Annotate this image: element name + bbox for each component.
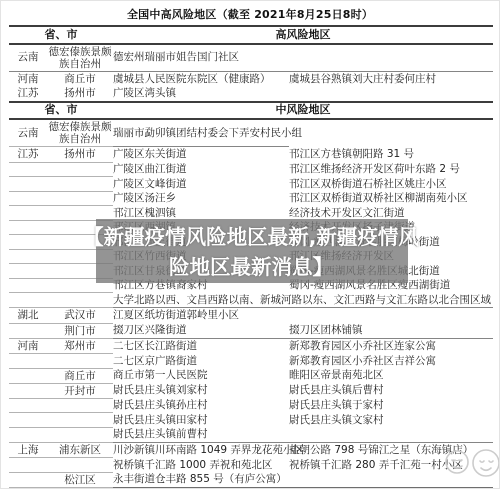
cell-area1: 尉氏县庄头镇孙庄村 [113, 398, 289, 413]
page-title: 全国中高风险地区（截至 2021年8月25日8时） [9, 6, 491, 25]
header-province-city: 省、市 [9, 26, 113, 44]
cell-area2: 邗江区维扬经济开发区荷叶东路 2 号 [289, 162, 493, 177]
cell-province: 江苏 [9, 147, 47, 163]
cell-province [9, 413, 47, 428]
cell-city: 德宏傣族景颇族自治州 [47, 119, 113, 147]
cell-province: 湖北 [9, 308, 47, 324]
cell-area2 [289, 44, 493, 72]
cell-area1: 广陵区汤汪乡 [113, 191, 289, 206]
cell-area2: 睢阳区帝景南苑北区 [289, 368, 493, 383]
high-risk-rows: 云南德宏傣族景颇族自治州德宏州瑞丽市姐告国门社区河南商丘市虞城县人民医院东院区（… [9, 44, 493, 102]
cell-area2: 经济技术开发区文汇街道 [289, 206, 493, 221]
table-row: 广陵区汤汪乡邗江区双桥街道双桥社区柳湖南苑小区 [9, 191, 493, 206]
cell-province [9, 354, 47, 369]
smiley-faces-icon [437, 440, 500, 484]
table-row: 尉氏县庄头镇前曹村 [9, 427, 493, 442]
cell-area1: 广陵区曲江街道 [113, 162, 289, 177]
cell-province [9, 427, 47, 442]
table-row: 云南德宏傣族景颇族自治州瑞丽市勐卯镇团结村委会下弄安村民小组 [9, 119, 493, 147]
cell-city: 荆门市 [47, 323, 113, 338]
cell-area2: 新郑教育园区小乔社区连家公寓 [289, 338, 493, 354]
cell-province [9, 368, 47, 383]
cell-city: 扬州市 [47, 86, 113, 102]
cell-city: 德宏傣族景颇族自治州 [47, 44, 113, 72]
cell-area2: 尉氏县庄头镇后曹村 [289, 383, 493, 398]
cell-area2: 掇刀区团林铺镇 [289, 323, 493, 338]
cell-area2: 新郑教育园区小乔社区吉祥公寓 [289, 354, 493, 369]
cell-city [47, 427, 113, 442]
table-row: 开封市尉氏县庄头镇刘家村尉氏县庄头镇后曹村 [9, 383, 493, 398]
table-row: 荆门市掇刀区兴隆街道掇刀区团林铺镇 [9, 323, 493, 338]
cell-province: 云南 [9, 119, 47, 147]
table-row: 云南德宏傣族景颇族自治州德宏州瑞丽市姐告国门社区 [9, 44, 493, 72]
cell-city [47, 458, 113, 473]
risk-area-screenshot: 全国中高风险地区（截至 2021年8月25日8时） 省、市 高风险地区 云南德宏… [0, 0, 500, 489]
cell-area1: 川沙新镇川环南路 1049 弄界龙花苑小区 [113, 442, 289, 458]
table-row: 商丘市商丘市第一人民医院睢阳区帝景南苑北区 [9, 368, 493, 383]
cell-province [9, 293, 47, 308]
cell-city [47, 162, 113, 177]
cell-area2: 邗江区方巷镇朝阳路 31 号 [289, 147, 493, 163]
header-high-risk: 高风险地区 [113, 26, 493, 44]
cell-province [9, 191, 47, 206]
cell-province [9, 264, 47, 279]
cell-city: 商丘市 [47, 71, 113, 86]
cell-area1: 祝桥镇千汇路 1000 弄祝和苑北区 [113, 458, 289, 473]
cell-area1: 尉氏县庄头镇田家村 [113, 413, 289, 428]
cell-city: 商丘市 [47, 368, 113, 383]
cell-area2: 邗江区双桥街道双桥社区柳湖南苑小区 [289, 191, 493, 206]
cell-city: 松江区 [47, 472, 113, 487]
cell-city: 扬州市 [47, 147, 113, 163]
table-row: 湖北武汉市江夏区纸坊街道郭岭里小区 [9, 308, 493, 324]
medium-risk-rows: 云南德宏傣族景颇族自治州瑞丽市勐卯镇团结村委会下弄安村民小组江苏扬州市广陵区东关… [9, 119, 493, 487]
cell-city [47, 354, 113, 369]
cell-area1: 尉氏县庄头镇前曹村 [113, 427, 289, 442]
cell-province [9, 235, 47, 250]
cell-province [9, 323, 47, 338]
cell-province [9, 472, 47, 487]
section-header-high: 省、市 高风险地区 [9, 26, 493, 44]
cell-province [9, 206, 47, 221]
cell-province: 云南 [9, 44, 47, 72]
table-row: 二七区京广路街道新郑教育园区小乔社区吉祥公寓 [9, 354, 493, 369]
cell-province: 河南 [9, 338, 47, 354]
cell-province [9, 249, 47, 264]
cell-city [47, 206, 113, 221]
table-row: 河南郑州市二七区长江路街道新郑教育园区小乔社区连家公寓 [9, 338, 493, 354]
cell-area1: 邗江区槐泗镇 [113, 206, 289, 221]
cell-province: 河南 [9, 71, 47, 86]
cell-province: 上海 [9, 442, 47, 458]
cell-area2 [289, 308, 493, 324]
cell-city: 郑州市 [47, 338, 113, 354]
cell-city [47, 191, 113, 206]
table-row: 江苏扬州市广陵区湾头镇 [9, 86, 493, 102]
table-row: 大学北路以西、文昌西路以南、新城河路以东、文汇西路与文汇东路以北合围区域 [9, 293, 493, 308]
cell-province [9, 177, 47, 192]
cell-area1: 商丘市第一人民医院 [113, 368, 289, 383]
cell-area1: 尉氏县庄头镇刘家村 [113, 383, 289, 398]
cell-province [9, 398, 47, 413]
cell-city [47, 293, 113, 308]
header-province-city: 省、市 [9, 102, 113, 120]
section-header-medium: 省、市 中风险地区 [9, 102, 493, 120]
table-row: 河南商丘市虞城县人民医院东院区（健康路）虞城县谷熟镇刘大庄村委何庄村 [9, 71, 493, 86]
cell-city: 武汉市 [47, 308, 113, 324]
table-row: 广陵区曲江街道邗江区维扬经济开发区荷叶东路 2 号 [9, 162, 493, 177]
cell-province [9, 458, 47, 473]
cell-area1: 永丰街道仓丰路 855 号（有庐公寓） [113, 472, 289, 487]
cell-area1: 广陵区湾头镇 [113, 86, 289, 102]
cell-city [47, 398, 113, 413]
table-row: 江苏扬州市广陵区东关街道邗江区方巷镇朝阳路 31 号 [9, 147, 493, 163]
cell-area2: 邗江区双桥街道石桥社区姚庄小区 [289, 177, 493, 192]
cell-city: 浦东新区 [47, 442, 113, 458]
table-row: 邗江区槐泗镇经济技术开发区文汇街道 [9, 206, 493, 221]
cell-area2 [289, 86, 493, 102]
cell-area: 大学北路以西、文昌西路以南、新城河路以东、文汇西路与文汇东路以北合围区域 [113, 293, 493, 308]
table-row: 上海浦东新区川沙新镇川环南路 1049 弄界龙花苑小区盐朝公路 798 号锦江之… [9, 442, 493, 458]
table-row: 松江区永丰街道仓丰路 855 号（有庐公寓） [9, 472, 493, 487]
cell-area1: 德宏州瑞丽市姐告国门社区 [113, 44, 289, 72]
table-row: 祝桥镇千汇路 1000 弄祝和苑北区祝桥镇千汇路 280 弄千汇苑一村小区 [9, 458, 493, 473]
cell-area1: 二七区京广路街道 [113, 354, 289, 369]
header-medium-risk: 中风险地区 [113, 102, 493, 120]
cell-area1: 二七区长江路街道 [113, 338, 289, 354]
table-row: 尉氏县庄头镇孙庄村尉氏县庄头镇于家村 [9, 398, 493, 413]
cell-city [47, 177, 113, 192]
table-row: 广陵区文峰街道邗江区双桥街道石桥社区姚庄小区 [9, 177, 493, 192]
caption-overlay-text: 【新疆疫情风险地区最新,新疆疫情风险地区最新消息】 [78, 222, 424, 282]
cell-area: 瑞丽市勐卯镇团结村委会下弄安村民小组 [113, 119, 493, 147]
cell-province [9, 383, 47, 398]
cell-area2: 尉氏县庄头镇于家村 [289, 398, 493, 413]
table-row: 尉氏县庄头镇田家村尉氏县庄头镇文家村 [9, 413, 493, 428]
cell-area1: 江夏区纸坊街道郭岭里小区 [113, 308, 289, 324]
cell-city [47, 413, 113, 428]
cell-area1: 虞城县人民医院东院区（健康路） [113, 71, 289, 86]
cell-city: 开封市 [47, 383, 113, 398]
cell-province [9, 278, 47, 293]
cell-area1: 广陵区东关街道 [113, 147, 289, 163]
cell-province [9, 162, 47, 177]
cell-province [9, 220, 47, 235]
cell-area1: 掇刀区兴隆街道 [113, 323, 289, 338]
cell-area2: 尉氏县庄头镇文家村 [289, 413, 493, 428]
cell-province: 江苏 [9, 86, 47, 102]
cell-area2: 虞城县谷熟镇刘大庄村委何庄村 [289, 71, 493, 86]
cell-area1: 广陵区文峰街道 [113, 177, 289, 192]
